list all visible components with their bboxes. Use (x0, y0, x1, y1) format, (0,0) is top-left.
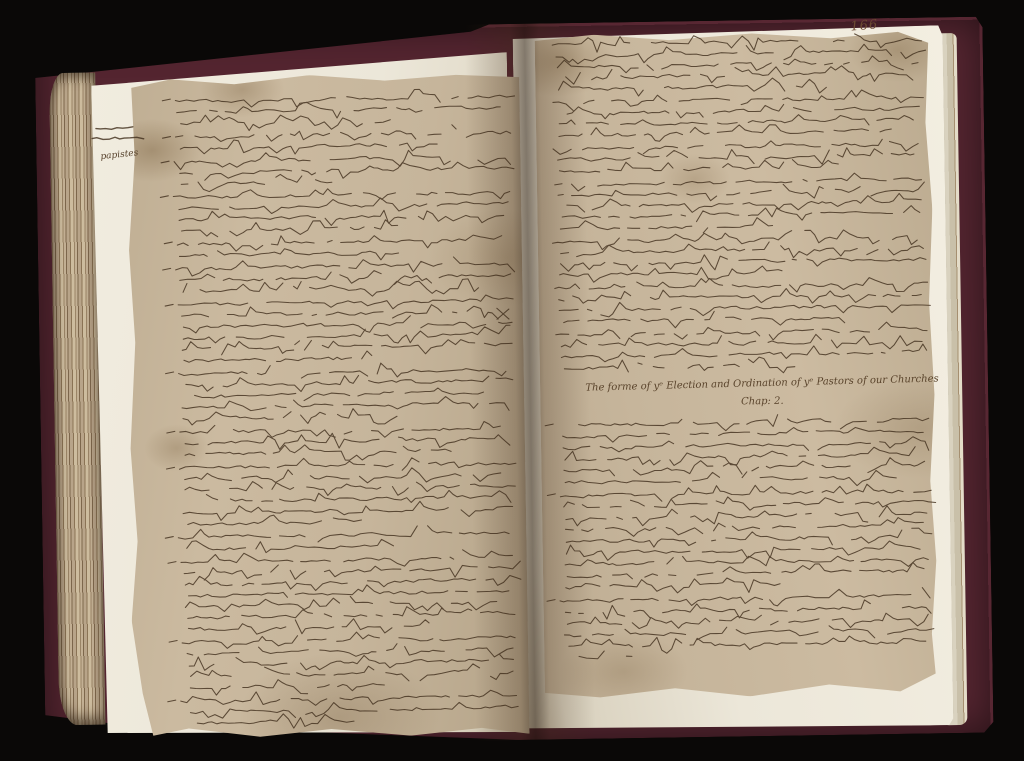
photograph-of-open-manuscript: { "palette": { "background": "#0a0807", … (0, 0, 1024, 761)
folio-number: 166 (850, 17, 879, 34)
right-manuscript-leaf (535, 29, 940, 699)
left-manuscript-leaf (123, 72, 529, 740)
open-book: 166 The forme of yᵉ Election and Ordinat… (34, 17, 993, 748)
